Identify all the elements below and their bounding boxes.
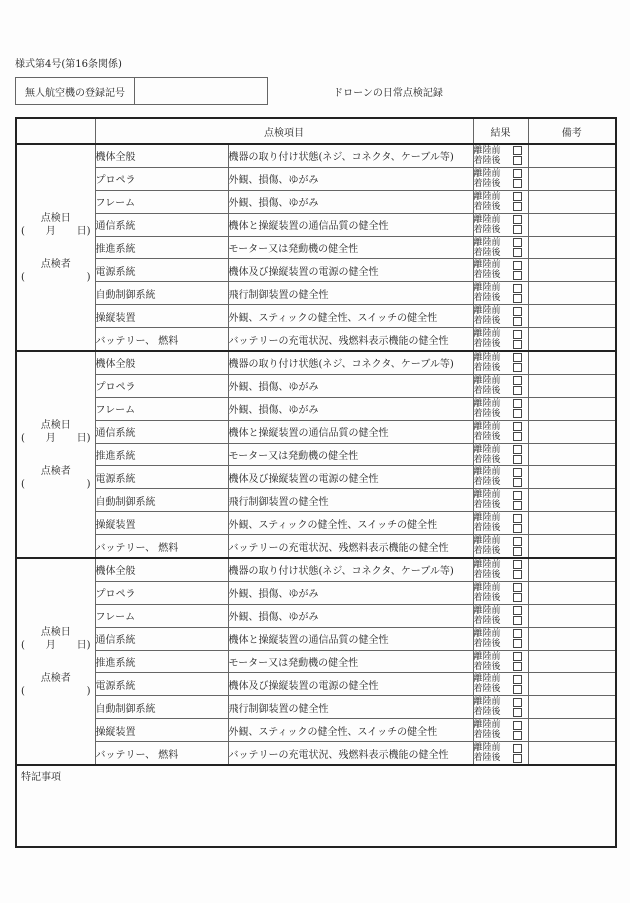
date-label: 点検日 [17, 626, 95, 639]
result-cell: 離陸前着陸後 [473, 443, 528, 466]
after-landing-checkbox[interactable] [513, 731, 522, 740]
inspection-category: バッテリー、 燃料 [95, 742, 228, 765]
after-landing-label: 着陸後 [474, 432, 501, 442]
result-cell: 離陸前着陸後 [473, 696, 528, 719]
inspection-category: フレーム [95, 604, 228, 627]
registration-value-field[interactable] [135, 78, 267, 104]
remarks-field[interactable] [528, 627, 616, 650]
before-takeoff-label: 離陸前 [474, 260, 501, 270]
result-cell: 離陸前着陸後 [473, 374, 528, 397]
inspection-category: 機体全般 [95, 558, 228, 581]
inspection-category: 推進系統 [95, 236, 228, 259]
after-landing-label: 着陸後 [474, 270, 501, 280]
table-row: 点検日(月日)点検者()機体全般機器の取り付け状態(ネジ、コネクタ、ケーブル等)… [16, 144, 616, 167]
before-takeoff-checkbox[interactable] [513, 307, 522, 316]
inspection-description: 外観、損傷、ゆがみ [228, 604, 473, 627]
header-row: 点検項目 結果 備考 [16, 118, 616, 144]
inspection-category: 通信系統 [95, 627, 228, 650]
inspection-category: 機体全般 [95, 144, 228, 167]
inspection-category: プロペラ [95, 167, 228, 190]
inspection-description: 機器の取り付け状態(ネジ、コネクタ、ケーブル等) [228, 558, 473, 581]
before-takeoff-checkbox[interactable] [513, 698, 522, 707]
month-label: 月 [46, 639, 56, 652]
inspector-label: 点検者 [17, 672, 95, 685]
date-inspector-cell[interactable]: 点検日(月日)点検者() [16, 351, 95, 558]
result-cell: 離陸前着陸後 [473, 535, 528, 558]
inspector-field[interactable]: () [17, 685, 95, 698]
before-takeoff-checkbox[interactable] [513, 399, 522, 408]
paren-open: ( [21, 685, 25, 698]
remarks-field[interactable] [528, 374, 616, 397]
remarks-field[interactable] [528, 144, 616, 167]
result-cell: 離陸前着陸後 [473, 420, 528, 443]
after-landing-checkbox[interactable] [513, 248, 522, 257]
inspection-description: 機体と操縦装置の通信品質の健全性 [228, 213, 473, 236]
result-cell: 離陸前着陸後 [473, 627, 528, 650]
before-takeoff-label: 離陸前 [474, 697, 501, 707]
before-takeoff-label: 離陸前 [474, 329, 501, 339]
remarks-field[interactable] [528, 742, 616, 765]
after-landing-label: 着陸後 [474, 386, 501, 396]
before-takeoff-label: 離陸前 [474, 146, 501, 156]
result-cell: 離陸前着陸後 [473, 558, 528, 581]
result-cell: 離陸前着陸後 [473, 236, 528, 259]
inspection-category: 電源系統 [95, 259, 228, 282]
inspection-description: モーター又は発動機の健全性 [228, 236, 473, 259]
before-takeoff-label: 離陸前 [474, 399, 501, 409]
remarks-field[interactable] [528, 167, 616, 190]
month-label: 月 [46, 225, 56, 238]
result-cell: 離陸前着陸後 [473, 466, 528, 489]
after-landing-label: 着陸後 [474, 546, 501, 556]
table-row: 通信系統機体と操縦装置の通信品質の健全性離陸前着陸後 [16, 627, 616, 650]
before-takeoff-label: 離陸前 [474, 306, 501, 316]
inspection-category: 電源系統 [95, 673, 228, 696]
before-takeoff-label: 離陸前 [474, 583, 501, 593]
before-takeoff-checkbox[interactable] [513, 721, 522, 730]
remarks-field[interactable] [528, 190, 616, 213]
after-landing-checkbox[interactable] [513, 179, 522, 188]
registration-box: 無人航空機の登録記号 [15, 77, 268, 105]
after-landing-checkbox[interactable] [513, 478, 522, 487]
after-landing-label: 着陸後 [474, 730, 501, 740]
before-takeoff-checkbox[interactable] [513, 744, 522, 753]
table-row: 点検日(月日)点検者()機体全般機器の取り付け状態(ネジ、コネクタ、ケーブル等)… [16, 351, 616, 374]
table-row: 推進系統モーター又は発動機の健全性離陸前着陸後 [16, 443, 616, 466]
before-takeoff-checkbox[interactable] [513, 238, 522, 247]
inspection-description: 機体及び操縦装置の電源の健全性 [228, 259, 473, 282]
before-takeoff-label: 離陸前 [474, 445, 501, 455]
inspection-category: 自動制御系統 [95, 696, 228, 719]
inspector-field[interactable]: () [17, 478, 95, 491]
result-cell: 離陸前着陸後 [473, 742, 528, 765]
day-label: 日) [77, 432, 91, 445]
inspection-category: 自動制御系統 [95, 489, 228, 512]
inspection-description: 外観、損傷、ゆがみ [228, 397, 473, 420]
table-row: 電源系統機体及び操縦装置の電源の健全性離陸前着陸後 [16, 466, 616, 489]
inspector-label: 点検者 [17, 258, 95, 271]
before-takeoff-label: 離陸前 [474, 353, 501, 363]
table-row: フレーム外観、損傷、ゆがみ離陸前着陸後 [16, 190, 616, 213]
inspection-description: 機体及び操縦装置の電源の健全性 [228, 466, 473, 489]
remarks-field[interactable] [528, 512, 616, 535]
before-takeoff-checkbox[interactable] [513, 376, 522, 385]
remarks-field[interactable] [528, 581, 616, 604]
before-takeoff-label: 離陸前 [474, 629, 501, 639]
before-takeoff-checkbox[interactable] [513, 261, 522, 270]
date-label: 点検日 [17, 212, 95, 225]
table-row: 推進系統モーター又は発動機の健全性離陸前着陸後 [16, 236, 616, 259]
day-label: 日) [77, 225, 91, 238]
before-takeoff-checkbox[interactable] [513, 675, 522, 684]
before-takeoff-label: 離陸前 [474, 743, 501, 753]
table-row: 通信系統機体と操縦装置の通信品質の健全性離陸前着陸後 [16, 420, 616, 443]
after-landing-checkbox[interactable] [513, 386, 522, 395]
after-landing-checkbox[interactable] [513, 156, 522, 165]
result-cell: 離陸前着陸後 [473, 351, 528, 374]
inspection-description: 外観、損傷、ゆがみ [228, 374, 473, 397]
before-takeoff-checkbox[interactable] [513, 514, 522, 523]
table-row: 自動制御系統飛行制御装置の健全性離陸前着陸後 [16, 696, 616, 719]
remarks-field[interactable] [528, 282, 616, 305]
remarks-field[interactable] [528, 650, 616, 673]
after-landing-label: 着陸後 [474, 616, 501, 626]
inspection-category: 自動制御系統 [95, 282, 228, 305]
day-label: 日) [77, 639, 91, 652]
after-landing-label: 着陸後 [474, 293, 501, 303]
result-cell: 離陸前着陸後 [473, 673, 528, 696]
after-landing-label: 着陸後 [474, 409, 501, 419]
before-takeoff-checkbox[interactable] [513, 560, 522, 569]
after-landing-label: 着陸後 [474, 523, 501, 533]
after-landing-label: 着陸後 [474, 455, 501, 465]
header-inspection-item: 点検項目 [95, 118, 473, 144]
inspection-description: 飛行制御装置の健全性 [228, 696, 473, 719]
date-field[interactable]: (月日) [17, 639, 95, 652]
result-cell: 離陸前着陸後 [473, 144, 528, 167]
after-landing-label: 着陸後 [474, 662, 501, 672]
header-result: 結果 [473, 118, 528, 144]
before-takeoff-checkbox[interactable] [513, 353, 522, 362]
before-takeoff-label: 離陸前 [474, 536, 501, 546]
inspection-category: 推進系統 [95, 650, 228, 673]
result-cell: 離陸前着陸後 [473, 397, 528, 420]
paren-open: ( [21, 478, 25, 491]
before-takeoff-label: 離陸前 [474, 422, 501, 432]
inspection-description: バッテリーの充電状況、残燃料表示機能の健全性 [228, 742, 473, 765]
paren-close: ) [87, 271, 91, 284]
table-row: バッテリー、 燃料バッテリーの充電状況、残燃料表示機能の健全性離陸前着陸後 [16, 535, 616, 558]
paren-open: ( [21, 271, 25, 284]
inspection-category: 通信系統 [95, 213, 228, 236]
after-landing-checkbox[interactable] [513, 754, 522, 763]
paren-open: ( [21, 225, 25, 238]
before-takeoff-checkbox[interactable] [513, 468, 522, 477]
inspector-field[interactable]: () [17, 271, 95, 284]
inspection-description: モーター又は発動機の健全性 [228, 650, 473, 673]
inspection-category: 機体全般 [95, 351, 228, 374]
table-row: 推進系統モーター又は発動機の健全性離陸前着陸後 [16, 650, 616, 673]
inspection-category: 電源系統 [95, 466, 228, 489]
inspection-description: バッテリーの充電状況、残燃料表示機能の健全性 [228, 328, 473, 351]
after-landing-checkbox[interactable] [513, 294, 522, 303]
before-takeoff-checkbox[interactable] [513, 169, 522, 178]
result-cell: 離陸前着陸後 [473, 259, 528, 282]
after-landing-checkbox[interactable] [513, 271, 522, 280]
after-landing-checkbox[interactable] [513, 455, 522, 464]
remarks-field[interactable] [528, 328, 616, 351]
remarks-field[interactable] [528, 466, 616, 489]
after-landing-label: 着陸後 [474, 339, 501, 349]
after-landing-label: 着陸後 [474, 179, 501, 189]
after-landing-checkbox[interactable] [513, 363, 522, 372]
after-landing-checkbox[interactable] [513, 639, 522, 648]
after-landing-label: 着陸後 [474, 684, 501, 694]
after-landing-checkbox[interactable] [513, 570, 522, 579]
inspection-category: バッテリー、 燃料 [95, 535, 228, 558]
inspector-label: 点検者 [17, 465, 95, 478]
inspection-description: モーター又は発動機の健全性 [228, 443, 473, 466]
table-row: バッテリー、 燃料バッテリーの充電状況、残燃料表示機能の健全性離陸前着陸後 [16, 328, 616, 351]
inspection-description: バッテリーの充電状況、残燃料表示機能の健全性 [228, 535, 473, 558]
after-landing-checkbox[interactable] [513, 202, 522, 211]
before-takeoff-checkbox[interactable] [513, 192, 522, 201]
before-takeoff-checkbox[interactable] [513, 330, 522, 339]
form-number: 様式第4号(第16条関係) [15, 55, 122, 70]
table-row: 通信系統機体と操縦装置の通信品質の健全性離陸前着陸後 [16, 213, 616, 236]
inspection-description: 外観、損傷、ゆがみ [228, 190, 473, 213]
before-takeoff-label: 離陸前 [474, 652, 501, 662]
after-landing-label: 着陸後 [474, 707, 501, 717]
before-takeoff-checkbox[interactable] [513, 583, 522, 592]
result-cell: 離陸前着陸後 [473, 190, 528, 213]
inspection-category: 推進系統 [95, 443, 228, 466]
before-takeoff-checkbox[interactable] [513, 629, 522, 638]
table-row: プロペラ外観、損傷、ゆがみ離陸前着陸後 [16, 374, 616, 397]
remarks-field[interactable] [528, 719, 616, 742]
remarks-field[interactable] [528, 351, 616, 374]
before-takeoff-label: 離陸前 [474, 169, 501, 179]
after-landing-checkbox[interactable] [513, 317, 522, 326]
paren-open: ( [21, 432, 25, 445]
after-landing-checkbox[interactable] [513, 685, 522, 694]
before-takeoff-label: 離陸前 [474, 283, 501, 293]
before-takeoff-checkbox[interactable] [513, 215, 522, 224]
result-cell: 離陸前着陸後 [473, 719, 528, 742]
after-landing-label: 着陸後 [474, 639, 501, 649]
remarks-field[interactable] [528, 259, 616, 282]
after-landing-label: 着陸後 [474, 593, 501, 603]
after-landing-label: 着陸後 [474, 202, 501, 212]
result-cell: 離陸前着陸後 [473, 328, 528, 351]
table-row: 操縦装置外観、スティックの健全性、スイッチの健全性離陸前着陸後 [16, 512, 616, 535]
table-row: 自動制御系統飛行制御装置の健全性離陸前着陸後 [16, 489, 616, 512]
date-inspector-cell[interactable]: 点検日(月日)点検者() [16, 558, 95, 765]
paren-open: ( [21, 639, 25, 652]
table-row: フレーム外観、損傷、ゆがみ離陸前着陸後 [16, 604, 616, 627]
paren-close: ) [87, 685, 91, 698]
inspection-description: 外観、スティックの健全性、スイッチの健全性 [228, 305, 473, 328]
after-landing-label: 着陸後 [474, 570, 501, 580]
remarks-field[interactable] [528, 696, 616, 719]
result-cell: 離陸前着陸後 [473, 213, 528, 236]
remarks-field[interactable] [528, 558, 616, 581]
after-landing-checkbox[interactable] [513, 340, 522, 349]
before-takeoff-label: 離陸前 [474, 606, 501, 616]
result-cell: 離陸前着陸後 [473, 650, 528, 673]
after-landing-label: 着陸後 [474, 753, 501, 763]
after-landing-label: 着陸後 [474, 316, 501, 326]
before-takeoff-checkbox[interactable] [513, 491, 522, 500]
inspection-description: 外観、損傷、ゆがみ [228, 581, 473, 604]
date-field[interactable]: (月日) [17, 432, 95, 445]
paren-close: ) [87, 478, 91, 491]
remarks-field[interactable] [528, 535, 616, 558]
result-cell: 離陸前着陸後 [473, 604, 528, 627]
table-row: 操縦装置外観、スティックの健全性、スイッチの健全性離陸前着陸後 [16, 719, 616, 742]
date-label: 点検日 [17, 419, 95, 432]
result-cell: 離陸前着陸後 [473, 512, 528, 535]
inspection-category: 操縦装置 [95, 719, 228, 742]
inspection-category: フレーム [95, 397, 228, 420]
date-inspector-cell[interactable]: 点検日(月日)点検者() [16, 144, 95, 351]
remarks-field[interactable] [528, 489, 616, 512]
before-takeoff-label: 離陸前 [474, 467, 501, 477]
inspection-description: 外観、スティックの健全性、スイッチの健全性 [228, 512, 473, 535]
result-cell: 離陸前着陸後 [473, 489, 528, 512]
result-cell: 離陸前着陸後 [473, 581, 528, 604]
after-landing-checkbox[interactable] [513, 616, 522, 625]
before-takeoff-label: 離陸前 [474, 560, 501, 570]
date-field[interactable]: (月日) [17, 225, 95, 238]
remarks-field[interactable] [528, 236, 616, 259]
before-takeoff-checkbox[interactable] [513, 445, 522, 454]
inspection-description: 飛行制御装置の健全性 [228, 489, 473, 512]
header-blank [16, 118, 95, 144]
before-takeoff-checkbox[interactable] [513, 606, 522, 615]
remarks-field[interactable] [528, 673, 616, 696]
special-notes-field[interactable]: 特記事項 [16, 765, 616, 847]
before-takeoff-label: 離陸前 [474, 720, 501, 730]
table-row: 電源系統機体及び操縦装置の電源の健全性離陸前着陸後 [16, 673, 616, 696]
before-takeoff-label: 離陸前 [474, 376, 501, 386]
after-landing-label: 着陸後 [474, 225, 501, 235]
before-takeoff-checkbox[interactable] [513, 284, 522, 293]
after-landing-checkbox[interactable] [513, 708, 522, 717]
remarks-field[interactable] [528, 604, 616, 627]
after-landing-checkbox[interactable] [513, 593, 522, 602]
table-row: 自動制御系統飛行制御装置の健全性離陸前着陸後 [16, 282, 616, 305]
inspection-category: フレーム [95, 190, 228, 213]
inspection-category: 操縦装置 [95, 512, 228, 535]
inspection-description: 機体と操縦装置の通信品質の健全性 [228, 420, 473, 443]
remarks-field[interactable] [528, 397, 616, 420]
remarks-field[interactable] [528, 305, 616, 328]
document-title: ドローンの日常点検記録 [268, 77, 508, 105]
inspection-description: 機体と操縦装置の通信品質の健全性 [228, 627, 473, 650]
after-landing-checkbox[interactable] [513, 432, 522, 441]
inspection-category: バッテリー、 燃料 [95, 328, 228, 351]
inspection-description: 外観、スティックの健全性、スイッチの健全性 [228, 719, 473, 742]
result-cell: 離陸前着陸後 [473, 305, 528, 328]
after-landing-label: 着陸後 [474, 500, 501, 510]
inspection-category: プロペラ [95, 581, 228, 604]
after-landing-checkbox[interactable] [513, 501, 522, 510]
table-row: プロペラ外観、損傷、ゆがみ離陸前着陸後 [16, 581, 616, 604]
table-row: フレーム外観、損傷、ゆがみ離陸前着陸後 [16, 397, 616, 420]
after-landing-checkbox[interactable] [513, 225, 522, 234]
after-landing-label: 着陸後 [474, 363, 501, 373]
table-row: 操縦装置外観、スティックの健全性、スイッチの健全性離陸前着陸後 [16, 305, 616, 328]
remarks-field[interactable] [528, 443, 616, 466]
before-takeoff-label: 離陸前 [474, 490, 501, 500]
before-takeoff-checkbox[interactable] [513, 422, 522, 431]
before-takeoff-checkbox[interactable] [513, 537, 522, 546]
result-cell: 離陸前着陸後 [473, 282, 528, 305]
inspection-category: 通信系統 [95, 420, 228, 443]
after-landing-label: 着陸後 [474, 156, 501, 166]
after-landing-checkbox[interactable] [513, 409, 522, 418]
table-row: プロペラ外観、損傷、ゆがみ離陸前着陸後 [16, 167, 616, 190]
inspection-description: 飛行制御装置の健全性 [228, 282, 473, 305]
after-landing-label: 着陸後 [474, 477, 501, 487]
inspection-description: 機器の取り付け状態(ネジ、コネクタ、ケーブル等) [228, 351, 473, 374]
after-landing-checkbox[interactable] [513, 524, 522, 533]
inspection-description: 機体及び操縦装置の電源の健全性 [228, 673, 473, 696]
table-row: バッテリー、 燃料バッテリーの充電状況、残燃料表示機能の健全性離陸前着陸後 [16, 742, 616, 765]
inspection-table: 点検項目 結果 備考 点検日(月日)点検者()機体全般機器の取り付け状態(ネジ、… [15, 117, 617, 848]
table-row: 点検日(月日)点検者()機体全般機器の取り付け状態(ネジ、コネクタ、ケーブル等)… [16, 558, 616, 581]
month-label: 月 [46, 432, 56, 445]
before-takeoff-checkbox[interactable] [513, 146, 522, 155]
after-landing-label: 着陸後 [474, 248, 501, 258]
header-remarks: 備考 [528, 118, 616, 144]
remarks-field[interactable] [528, 213, 616, 236]
before-takeoff-checkbox[interactable] [513, 652, 522, 661]
table-row: 電源系統機体及び操縦装置の電源の健全性離陸前着陸後 [16, 259, 616, 282]
special-notes-label: 特記事項 [21, 772, 61, 783]
inspection-category: 操縦装置 [95, 305, 228, 328]
inspection-category: プロペラ [95, 374, 228, 397]
inspection-description: 外観、損傷、ゆがみ [228, 167, 473, 190]
registration-label: 無人航空機の登録記号 [16, 78, 135, 104]
after-landing-checkbox[interactable] [513, 547, 522, 556]
before-takeoff-label: 離陸前 [474, 513, 501, 523]
remarks-field[interactable] [528, 420, 616, 443]
inspection-description: 機器の取り付け状態(ネジ、コネクタ、ケーブル等) [228, 144, 473, 167]
before-takeoff-label: 離陸前 [474, 238, 501, 248]
before-takeoff-label: 離陸前 [474, 215, 501, 225]
result-cell: 離陸前着陸後 [473, 167, 528, 190]
before-takeoff-label: 離陸前 [474, 192, 501, 202]
before-takeoff-label: 離陸前 [474, 674, 501, 684]
after-landing-checkbox[interactable] [513, 662, 522, 671]
